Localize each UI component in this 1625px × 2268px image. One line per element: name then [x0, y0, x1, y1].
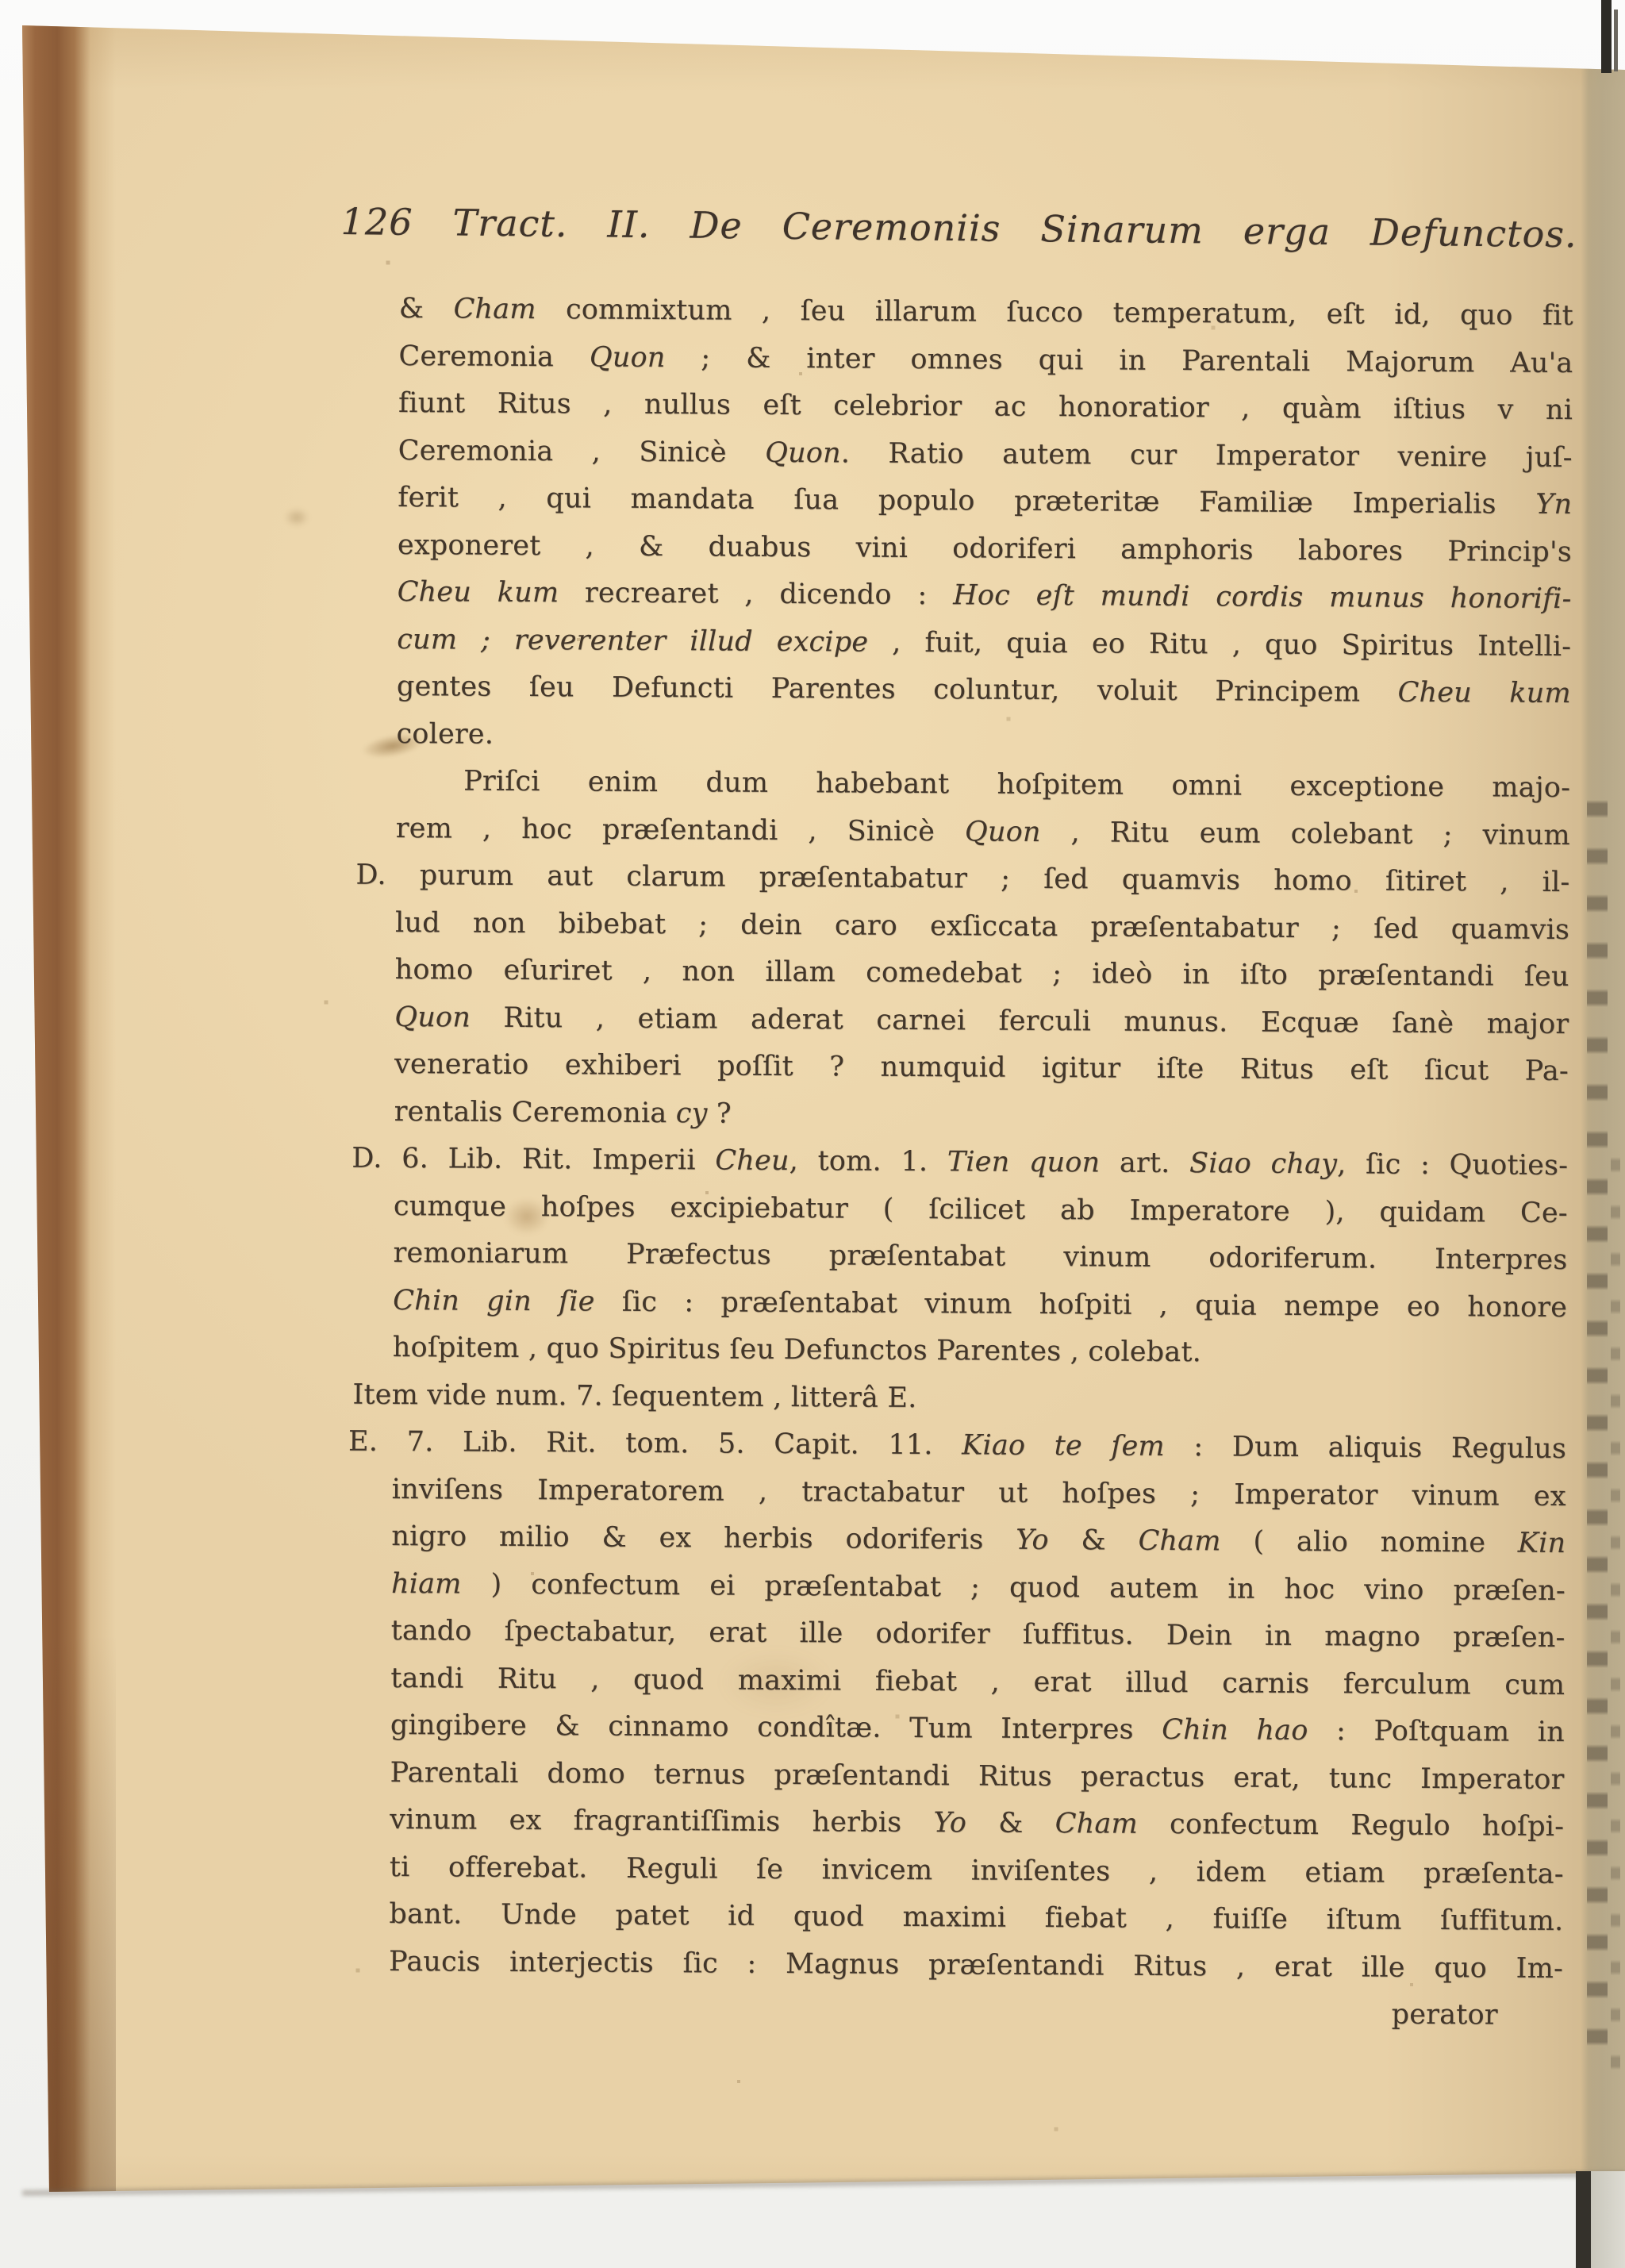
text-line: cum ; reverenter illud excipe , fuit, qu…	[397, 616, 1571, 671]
italic-term: cum ; reverenter illud excipe	[397, 623, 868, 658]
text-line: D. purum aut clarum præſentabatur ; ſed …	[355, 852, 1569, 907]
text-line: Cheu kum recrearet , dicendo : Hoc eſt m…	[397, 569, 1571, 624]
text-run: commixtum , ſeu illarum ſucco temperatum…	[536, 294, 1573, 332]
text-line: fiunt Ritus , nullus eſt celebrior ac ho…	[398, 380, 1573, 435]
italic-term: Quon	[965, 816, 1041, 848]
italic-term: Quon	[590, 341, 666, 374]
board-edge-mark	[1576, 2171, 1591, 2268]
italic-term: Chin hao	[1162, 1714, 1308, 1747]
text-run: gentes ſeu Defuncti Parentes coluntur, v…	[397, 671, 1398, 709]
text-line: rentalis Ceremonia cy ?	[394, 1088, 1568, 1143]
text-line: & Cham commixtum , ſeu illarum ſucco tem…	[399, 286, 1573, 340]
margin-letter: E.	[348, 1426, 378, 1458]
text-run: , Ritu eum colebant ; vinum	[1041, 816, 1570, 851]
text-run: , tom. 1.	[789, 1145, 947, 1178]
text-line: E. 7. Lib. Rit. tom. 5. Capit. 11. Kiao …	[348, 1419, 1566, 1474]
italic-term: Chin gin ſie	[393, 1284, 595, 1317]
text-run: . Ratio autem cur Imperator venire juſ-	[841, 437, 1573, 474]
text-run: Paucis interjectis ſic : Magnus præſenta…	[389, 1945, 1563, 1984]
text-run: homo eſuriret , non illam comedebat ; id…	[395, 954, 1569, 993]
text-run: inviſens Imperatorem , tractabatur ut ho…	[392, 1473, 1566, 1512]
text-line: tandi Ritu , quod maximi fiebat , erat i…	[390, 1655, 1565, 1709]
text-line: hiam ) confectum ei præſentabat ; quod a…	[391, 1560, 1565, 1615]
text-run: rem , hoc præſentandi , Sinicè	[396, 812, 965, 847]
running-header: 126 Tract. II. De Ceremoniis Sinarum erg…	[340, 200, 1577, 256]
text-run: art.	[1100, 1147, 1189, 1179]
scanned-book-page: 126 Tract. II. De Ceremoniis Sinarum erg…	[0, 0, 1625, 2268]
text-line: Priſci enim dum habebant hoſpitem omni e…	[463, 759, 1570, 813]
page-number: 126	[340, 200, 413, 244]
text-line: Parentali domo ternus præſentandi Ritus …	[390, 1749, 1564, 1804]
italic-term: Yo	[933, 1807, 966, 1839]
text-run: ) confectum ei præſentabat ; quod autem …	[461, 1568, 1565, 1606]
italic-term: Kin	[1518, 1528, 1566, 1559]
text-line: D. 6. Lib. Rit. Imperii Cheu, tom. 1. Ti…	[352, 1136, 1568, 1190]
text-run: ?	[707, 1097, 732, 1129]
text-column: & Cham commixtum , ſeu illarum ſucco tem…	[389, 286, 1573, 2039]
italic-term: Cheu kum	[1397, 677, 1571, 709]
text-line: Chin gin ſie ſic : præſentabat vinum hoſ…	[393, 1277, 1567, 1332]
text-run: , ſic : Quoties-	[1337, 1148, 1568, 1182]
italic-term: Tien quon	[947, 1146, 1101, 1178]
margin-letter: D.	[355, 859, 386, 891]
text-line: Paucis interjectis ſic : Magnus præſenta…	[389, 1938, 1563, 1993]
text-run: ; & inter omnes qui in Parentali Majorum…	[665, 342, 1573, 379]
text-run: recrearet , dicendo :	[559, 577, 953, 611]
book-edge-below-page	[1591, 2171, 1625, 2268]
italic-term: Quon	[765, 436, 841, 469]
text-run: purum aut clarum præſentabatur ; ſed qua…	[386, 859, 1570, 898]
text-run: ti offerebat. Reguli ſe invicem inviſent…	[390, 1851, 1564, 1889]
text-run: ſic : præſentabat vinum hoſpiti , quia n…	[594, 1286, 1567, 1323]
text-line: Ceremonia , Sinicè Quon. Ratio autem cur…	[398, 427, 1573, 482]
text-run: Ceremonia	[398, 340, 590, 372]
board-edge-mark	[1601, 0, 1612, 73]
text-run: remoniarum Præfectus præſentabat vinum o…	[393, 1237, 1567, 1276]
text-line: veneratio exhiberi poſſit ? numquid igit…	[394, 1041, 1569, 1096]
text-line: homo eſuriret , non illam comedebat ; id…	[395, 947, 1569, 1001]
text-run: , fuit, quia eo Ritu , quo Spiritus Inte…	[868, 626, 1571, 662]
paper-stain	[284, 508, 309, 527]
text-run: confectum Regulo hoſpi-	[1138, 1809, 1565, 1843]
text-run: : Poſtquam in	[1308, 1715, 1565, 1748]
text-line: tando ſpectabatur, erat ille odorifer ſu…	[390, 1608, 1565, 1663]
text-line: exponeret , & duabus vini odoriferi amph…	[398, 521, 1572, 576]
text-run: perator	[1392, 1999, 1498, 2032]
text-line: nigro milio & ex herbis odoriferis Yo & …	[391, 1513, 1565, 1568]
italic-term: cy	[676, 1097, 708, 1129]
italic-term: Cheu kum	[398, 576, 559, 609]
text-line: rem , hoc præſentandi , Sinicè Quon , Ri…	[396, 805, 1570, 859]
text-line: cumque hoſpes excipiebatur ( ſcilicet ab…	[394, 1182, 1568, 1237]
text-line: ti offerebat. Reguli ſe invicem inviſent…	[390, 1843, 1564, 1898]
text-run: ( alio nomine	[1221, 1525, 1518, 1559]
text-run: exponeret , & duabus vini odoriferi amph…	[398, 529, 1572, 567]
text-line: gingibere & cinnamo condîtæ. Tum Interpr…	[390, 1702, 1565, 1757]
text-run: hoſpitem , quo Spiritus ſeu Defunctos Pa…	[393, 1332, 1201, 1368]
text-run: fiunt Ritus , nullus eſt celebrior ac ho…	[398, 387, 1573, 426]
text-run: : Dum aliquis Regulus	[1165, 1431, 1566, 1465]
binding-edge	[22, 0, 116, 2268]
italic-term: hiam	[391, 1567, 462, 1600]
text-run: Priſci enim dum habebant hoſpitem omni e…	[463, 766, 1570, 805]
text-run: 7. Lib. Rit. tom. 5. Capit. 11.	[378, 1426, 962, 1461]
text-run: bant. Unde patet id quod maximi fiebat ,…	[389, 1898, 1563, 1937]
text-line: vinum ex fragrantiſſimis herbis Yo & Cha…	[390, 1797, 1564, 1851]
text-line: colere.	[396, 710, 1570, 765]
text-line: remoniarum Præfectus præſentabat vinum o…	[393, 1230, 1567, 1285]
text-line: gentes ſeu Defuncti Parentes coluntur, v…	[397, 663, 1571, 718]
text-line: Ceremonia Quon ; & inter omnes qui in Pa…	[398, 333, 1573, 387]
text-run: lud non bibebat ; dein caro exſiccata pr…	[395, 906, 1569, 945]
text-line: ferit , qui mandata ſua populo præteritæ…	[398, 475, 1572, 529]
text-line: Quon Ritu , etiam aderat carnei ferculi …	[394, 994, 1569, 1048]
text-run: &	[399, 293, 454, 325]
text-line: Item vide num. 7. ſequentem , litterâ E.	[352, 1371, 1566, 1426]
text-run: colere.	[396, 717, 494, 750]
text-run: veneratio exhiberi poſſit ? numquid igit…	[394, 1048, 1569, 1087]
text-run: ferit , qui mandata ſua populo præteritæ…	[398, 482, 1535, 521]
margin-letter: D.	[352, 1143, 382, 1174]
italic-term: Cham	[1138, 1525, 1220, 1558]
text-run: Parentali domo ternus præſentandi Ritus …	[390, 1756, 1564, 1795]
paper-specks	[22, 0, 24, 2]
text-run: tando ſpectabatur, erat ille odorifer ſu…	[391, 1615, 1565, 1654]
text-run: &	[966, 1807, 1055, 1839]
text-run: Ceremonia , Sinicè	[398, 434, 766, 468]
catchword-line: perator	[389, 1985, 1563, 2040]
text-run: &	[1049, 1524, 1139, 1557]
book-page: 126 Tract. II. De Ceremoniis Sinarum erg…	[22, 0, 1625, 2268]
italic-term: Yo	[1016, 1524, 1049, 1556]
text-run: cumque hoſpes excipiebatur ( ſcilicet ab…	[394, 1190, 1568, 1228]
adjacent-page-text-marks	[1611, 1143, 1620, 2079]
italic-term: Cham	[453, 293, 536, 325]
text-run: vinum ex fragrantiſſimis herbis	[390, 1804, 934, 1839]
text-run: nigro milio & ex herbis odoriferis	[391, 1520, 1016, 1556]
text-line: inviſens Imperatorem , tractabatur ut ho…	[392, 1466, 1566, 1520]
italic-term: Hoc eſt mundi cordis munus honorifi-	[953, 579, 1572, 615]
text-run: rentalis Ceremonia	[394, 1095, 676, 1128]
text-line: lud non bibebat ; dein caro exſiccata pr…	[395, 899, 1569, 954]
italic-term: Yn	[1535, 489, 1572, 521]
text-line: bant. Unde patet id quod maximi fiebat ,…	[389, 1891, 1563, 1946]
italic-term: Kiao te ſem	[962, 1429, 1165, 1463]
board-edge-mark	[1614, 10, 1618, 71]
text-run: Item vide num. 7. ſequentem , litterâ E.	[352, 1378, 916, 1413]
text-line: hoſpitem , quo Spiritus ſeu Defunctos Pa…	[393, 1324, 1567, 1379]
text-run: 6. Lib. Rit. Imperii	[382, 1143, 716, 1177]
running-title: Tract. II. De Ceremoniis Sinarum erga De…	[452, 201, 1577, 256]
italic-term: Siao chay	[1189, 1147, 1337, 1180]
italic-term: Cham	[1055, 1808, 1138, 1840]
italic-term: Cheu	[715, 1144, 789, 1177]
text-run: gingibere & cinnamo condîtæ. Tum Interpr…	[390, 1709, 1162, 1746]
text-run: tandi Ritu , quod maximi fiebat , erat i…	[390, 1662, 1565, 1701]
text-run: Ritu , etiam aderat carnei ferculi munus…	[471, 1001, 1569, 1040]
adjacent-page-text-marks	[1587, 787, 1608, 2049]
italic-term: Quon	[394, 1001, 471, 1033]
